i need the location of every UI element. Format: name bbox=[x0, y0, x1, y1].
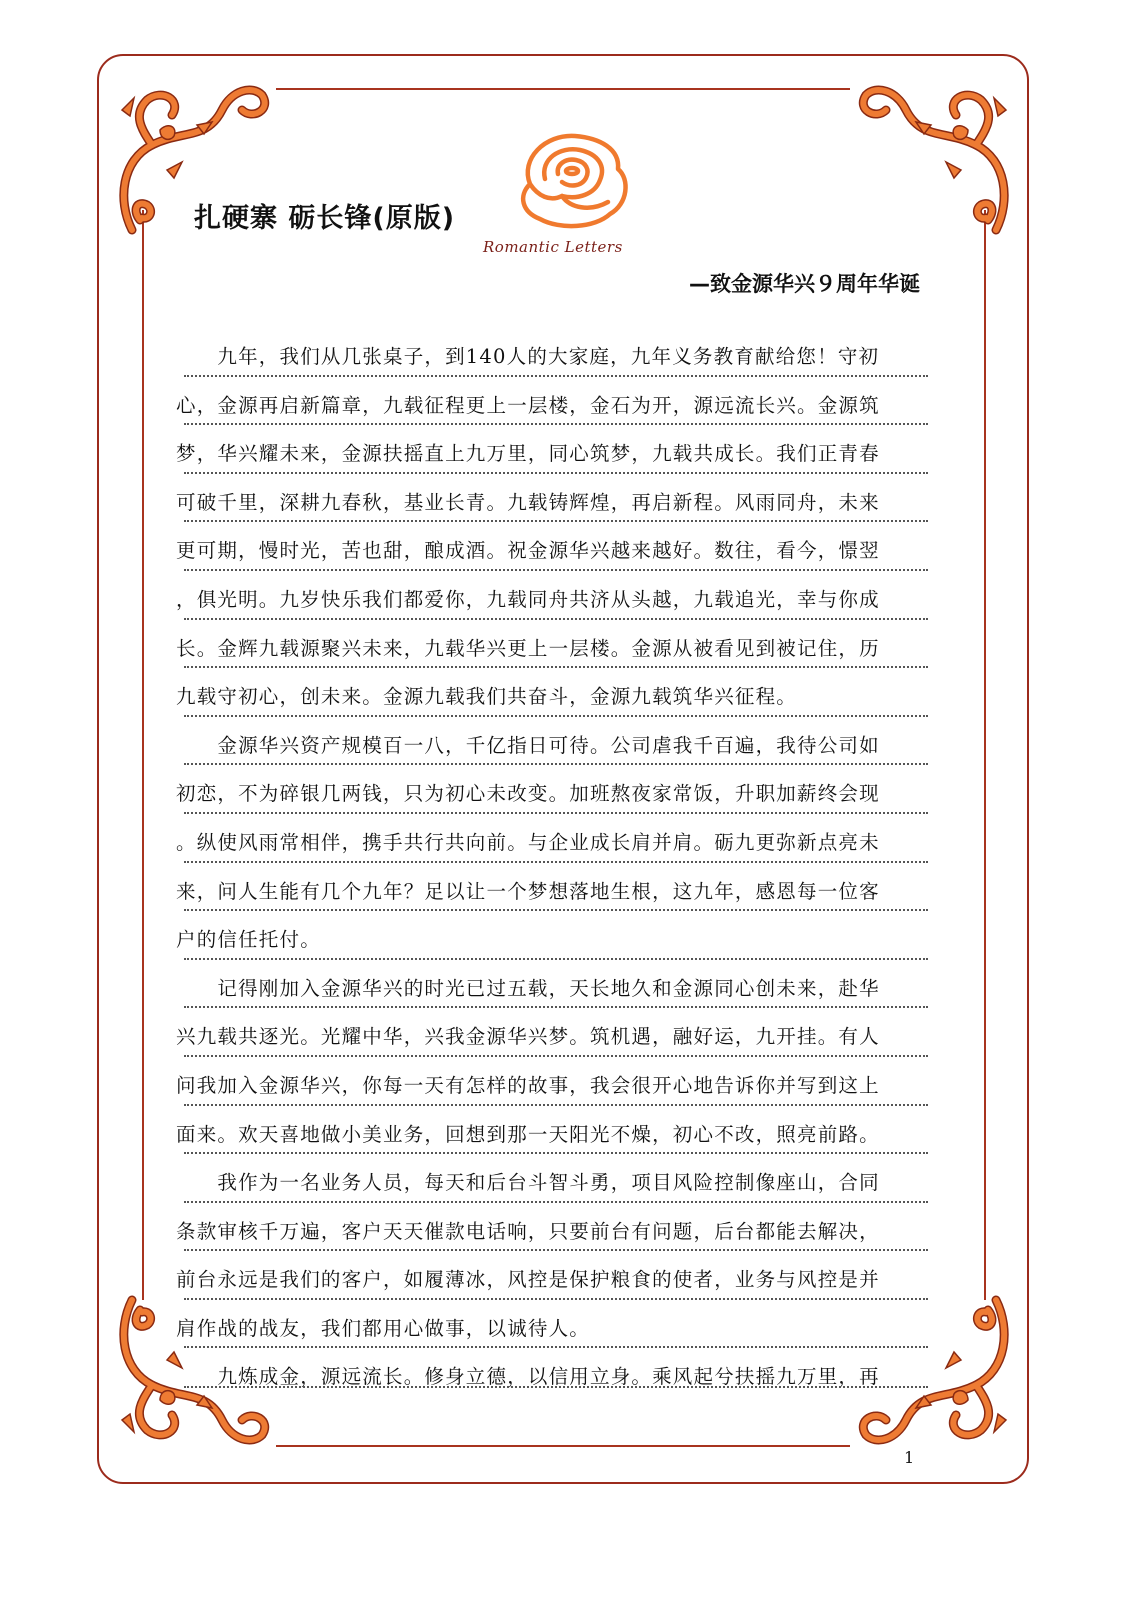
text-line: 前台永远是我们的客户，如履薄冰，风控是保护粮食的使者，业务与风控是并 bbox=[176, 1259, 928, 1308]
text-line: 九载守初心，创未来。金源九载我们共奋斗，金源九载筑华兴征程。 bbox=[176, 676, 928, 725]
page-title: 扎硬寨 砺长锋(原版) bbox=[194, 196, 455, 235]
text-line: 九年，我们从几张桌子，到140人的大家庭，九年义务教育献给您！守初 bbox=[176, 336, 928, 385]
page-subtitle: —致金源华兴９周年华诞 bbox=[689, 268, 920, 298]
rose-logo-icon bbox=[500, 124, 640, 234]
text-line: ，俱光明。九岁快乐我们都爱你，九载同舟共济从头越，九载追光，幸与你成 bbox=[176, 579, 928, 628]
letter-body: 九年，我们从几张桌子，到140人的大家庭，九年义务教育献给您！守初 心，金源再启… bbox=[176, 336, 928, 1396]
text-line: 心，金源再启新篇章，九载征程更上一层楼，金石为开，源远流长兴。金源筑 bbox=[176, 385, 928, 434]
text-line: 面来。欢天喜地做小美业务，回想到那一天阳光不燥，初心不改，照亮前路。 bbox=[176, 1114, 928, 1163]
text-line: 来，问人生能有几个九年？足以让一个梦想落地生根，这九年，感恩每一位客 bbox=[176, 871, 928, 920]
text-line: 问我加入金源华兴，你每一天有怎样的故事，我会很开心地告诉你并写到这上 bbox=[176, 1065, 928, 1114]
text-line: 记得刚加入金源华兴的时光已过五载，天长地久和金源同心创未来，赴华 bbox=[176, 968, 928, 1017]
text-line: 户的信任托付。 bbox=[176, 919, 928, 968]
page-number: 1 bbox=[904, 1448, 914, 1467]
text-line: 我作为一名业务人员，每天和后台斗智斗勇，项目风险控制像座山，合同 bbox=[176, 1162, 928, 1211]
text-line: 长。金辉九载源聚兴未来，九载华兴更上一层楼。金源从被看见到被记住，历 bbox=[176, 628, 928, 677]
left-rule bbox=[142, 210, 144, 1300]
text-line: 肩作战的战友，我们都用心做事，以诚待人。 bbox=[176, 1308, 928, 1357]
text-line: 。纵使风雨常相伴，携手共行共向前。与企业成长肩并肩。砺九更弥新点亮未 bbox=[176, 822, 928, 871]
corner-ornament-top-right bbox=[856, 70, 1016, 240]
text-line: 兴九载共逐光。光耀中华，兴我金源华兴梦。筑机遇，融好运，九开挂。有人 bbox=[176, 1016, 928, 1065]
text-line: 更可期，慢时光，苦也甜，酿成酒。祝金源华兴越来越好。数往，看今，憬翌 bbox=[176, 530, 928, 579]
text-line: 条款审核千万遍，客户天天催款电话响，只要前台有问题，后台都能去解决， bbox=[176, 1211, 928, 1260]
brand-script: Romantic Letters bbox=[483, 238, 623, 256]
bottom-rule bbox=[276, 1445, 850, 1447]
text-line: 金源华兴资产规模百一八，千亿指日可待。公司虐我千百遍，我待公司如 bbox=[176, 725, 928, 774]
top-rule bbox=[276, 88, 850, 90]
right-rule bbox=[984, 210, 986, 1300]
text-line: 梦，华兴耀未来，金源扶摇直上九万里，同心筑梦，九载共成长。我们正青春 bbox=[176, 433, 928, 482]
scroll-ornament-icon bbox=[856, 70, 1016, 240]
text-line: 初恋，不为碎银几两钱，只为初心未改变。加班熬夜家常饭，升职加薪终会现 bbox=[176, 773, 928, 822]
text-line: 九炼成金，源远流长。修身立德，以信用立身。乘风起兮扶摇九万里，再 bbox=[176, 1356, 928, 1396]
text-line: 可破千里，深耕九春秋，基业长青。九载铸辉煌，再启新程。风雨同舟，未来 bbox=[176, 482, 928, 531]
